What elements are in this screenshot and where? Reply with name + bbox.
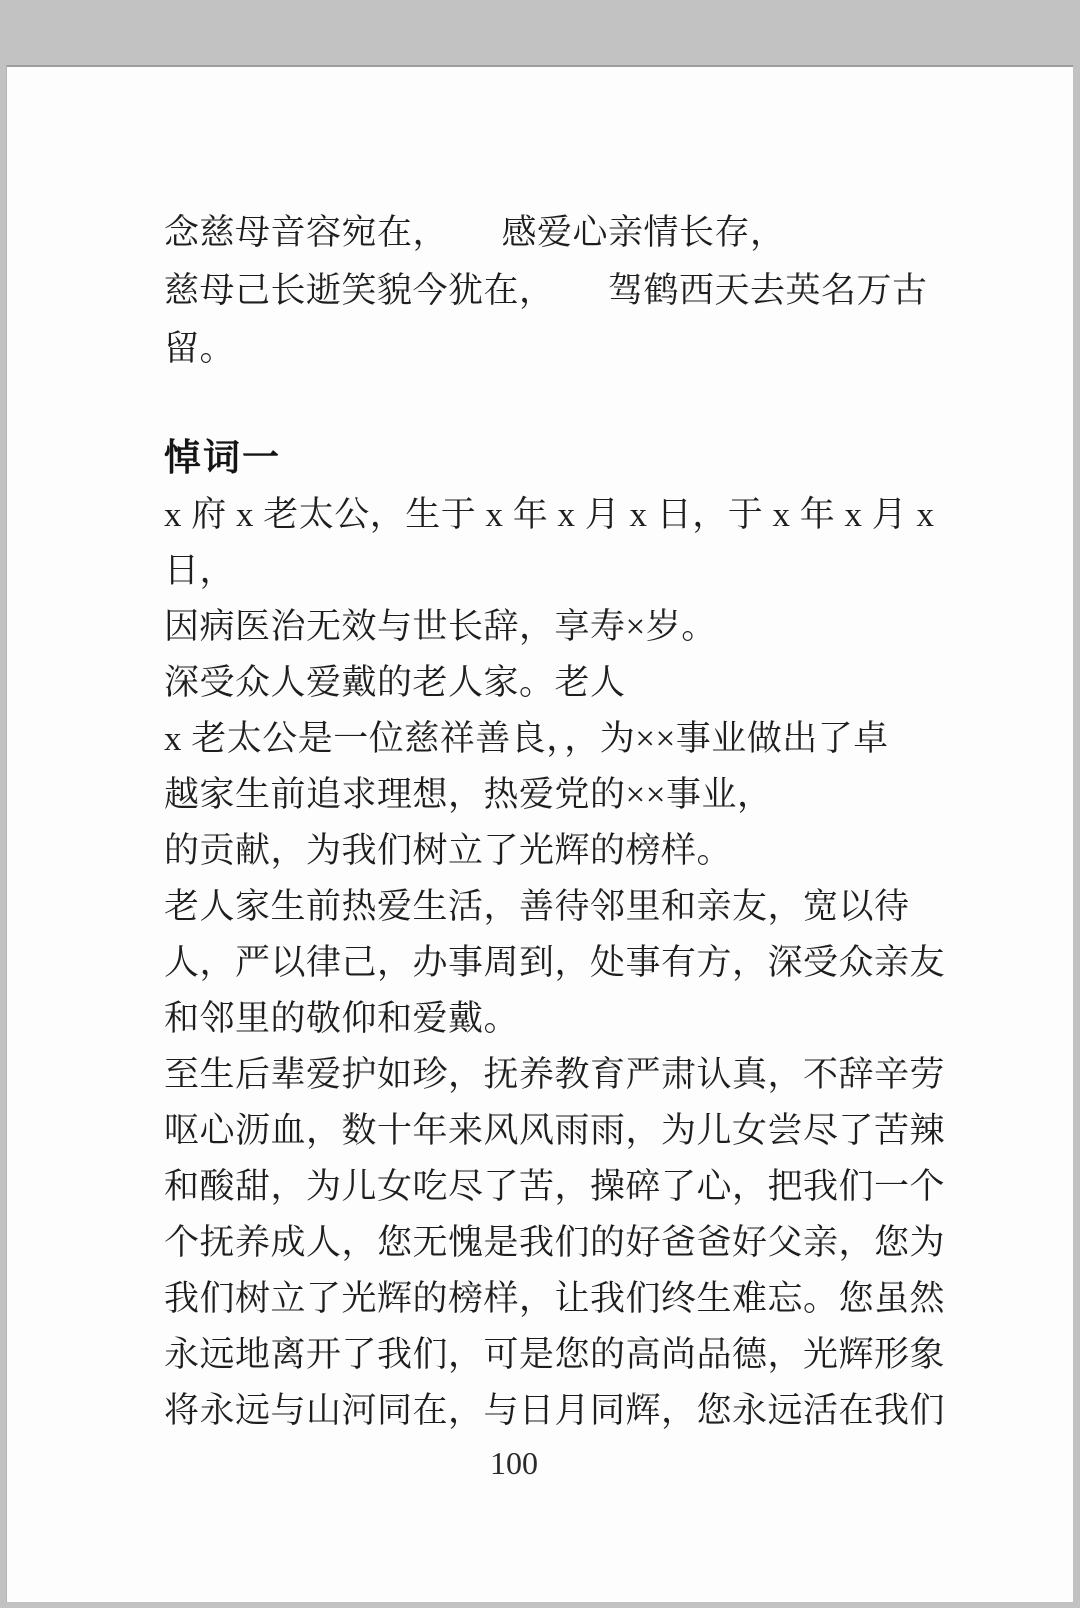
body-line: x 老太公是一位慈祥善良，，为××事业做出了卓 — [164, 711, 1044, 767]
body-line: 深受众人爱戴的老人家。老人 — [164, 655, 1044, 711]
document-page: 念慈母音容宛在， 感爱心亲情长存， 慈母己长逝笑貌今犹在， 驾鹤西天去英名万古 … — [6, 65, 1073, 1602]
body-line: 越家生前追求理想，热爱党的××事业， — [164, 767, 1044, 823]
eulogy-body: x 府 x 老太公，生于 x 年 x 月 x 日，于 x 年 x 月 x 日， … — [164, 487, 1044, 1439]
page-content: 念慈母音容宛在， 感爱心亲情长存， 慈母己长逝笑貌今犹在， 驾鹤西天去英名万古 … — [164, 67, 1044, 1487]
body-line: 至生后辈爱护如珍，抚养教育严肃认真，不辞辛劳 — [164, 1047, 1044, 1103]
body-line: 我们树立了光辉的榜样，让我们终生难忘。您虽然 — [164, 1271, 1044, 1327]
body-line: 人，严以律己，办事周到，处事有方，深受众亲友 — [164, 935, 1044, 991]
couplet-line: 慈母己长逝笑貌今犹在， 驾鹤西天去英名万古 — [164, 262, 1044, 320]
body-line: 和酸甜，为儿女吃尽了苦，操碎了心，把我们一个 — [164, 1159, 1044, 1215]
body-line: 和邻里的敬仰和爱戴。 — [164, 991, 1044, 1047]
body-line: 将永远与山河同在，与日月同辉，您永远活在我们 — [164, 1383, 1044, 1439]
body-line: 永远地离开了我们，可是您的高尚品德，光辉形象 — [164, 1327, 1044, 1383]
body-line: 日， — [164, 543, 1044, 599]
couplet-line: 留。 — [164, 320, 1044, 378]
scan-background: 念慈母音容宛在， 感爱心亲情长存， 慈母己长逝笑貌今犹在， 驾鹤西天去英名万古 … — [0, 0, 1080, 1608]
body-line: 个抚养成人，您无愧是我们的好爸爸好父亲，您为 — [164, 1215, 1044, 1271]
body-line: 老人家生前热爱生活，善待邻里和亲友，宽以待 — [164, 879, 1044, 935]
body-line: 因病医治无效与世长辞，享寿×岁。 — [164, 599, 1044, 655]
body-line: 的贡献，为我们树立了光辉的榜样。 — [164, 823, 1044, 879]
couplet-line: 念慈母音容宛在， 感爱心亲情长存， — [164, 204, 1044, 262]
section-heading: 悼词一 — [164, 429, 1044, 487]
body-line: x 府 x 老太公，生于 x 年 x 月 x 日，于 x 年 x 月 x — [164, 487, 1044, 543]
memorial-couplet: 念慈母音容宛在， 感爱心亲情长存， 慈母己长逝笑貌今犹在， 驾鹤西天去英名万古 … — [164, 204, 1044, 378]
body-line: 呕心沥血，数十年来风风雨雨，为儿女尝尽了苦辣 — [164, 1103, 1044, 1159]
page-number: 100 — [164, 1439, 864, 1487]
